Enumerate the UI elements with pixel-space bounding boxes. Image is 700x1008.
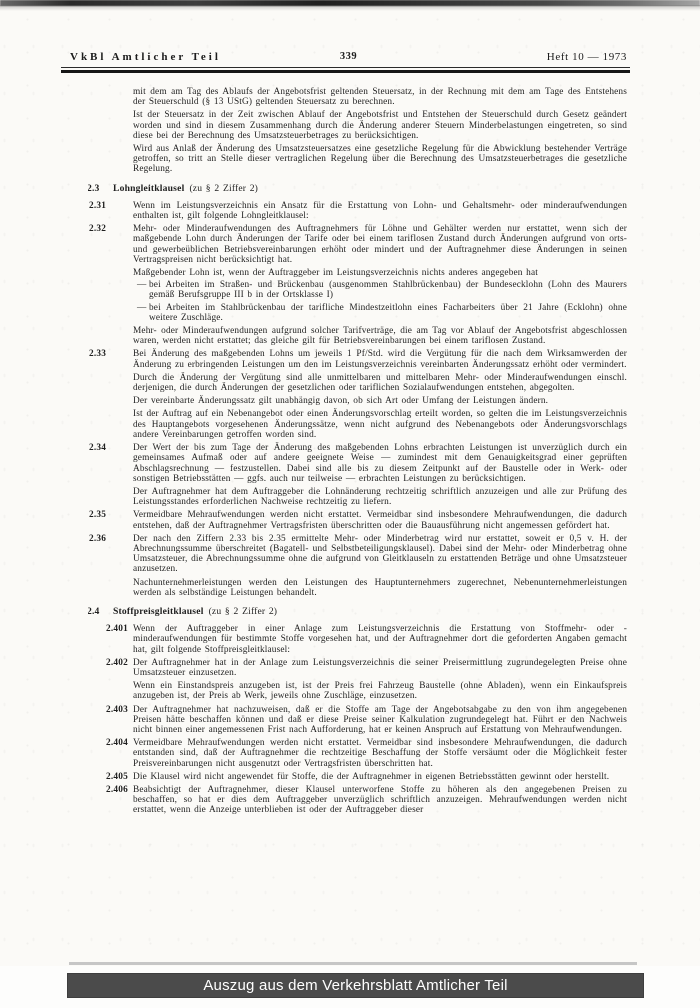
dash-item-text: bei Arbeiten im Stahlbrückenbau der tari… bbox=[149, 303, 627, 323]
dash-item-text: bei Arbeiten im Straßen- und Brückenbau … bbox=[149, 280, 627, 300]
section-reference: (zu § 2 Ziffer 2) bbox=[209, 606, 278, 617]
dash-icon: — bbox=[137, 280, 149, 290]
body-paragraph: Maßgebender Lohn ist, wenn der Auftragge… bbox=[133, 265, 627, 278]
clause-number: 2.35 bbox=[89, 510, 106, 520]
body-paragraph: Wird aus Anlaß der Änderung des Umsatzst… bbox=[133, 141, 627, 175]
body-paragraph: Durch die Änderung der Vergütung sind al… bbox=[133, 370, 627, 393]
scan-artifact-top-fade bbox=[0, 5, 700, 11]
dash-list-item: —bei Arbeiten im Straßen- und Brückenbau… bbox=[137, 278, 627, 300]
clause-item: 2.404Vermeidbare Mehraufwendungen werden… bbox=[88, 735, 627, 769]
section-number: 2.3 bbox=[88, 184, 113, 194]
clause-number: 2.403 bbox=[106, 705, 128, 715]
clause-item: 2.35Vermeidbare Mehraufwendungen werden … bbox=[88, 507, 627, 530]
body-paragraph: Wenn ein Einstandspreis anzugeben ist, i… bbox=[133, 678, 627, 701]
header-rule-thick bbox=[61, 70, 630, 73]
clause-item: 2.403Der Auftragnehmer hat nachzuweisen,… bbox=[88, 702, 627, 736]
journal-title: VkBl Amtlicher Teil bbox=[70, 51, 221, 63]
clause-number: 2.402 bbox=[106, 658, 128, 668]
scanned-page: VkBl Amtlicher Teil 339 Heft 10 — 1973 m… bbox=[0, 0, 700, 966]
clause-number: 2.34 bbox=[89, 443, 106, 453]
clause-number: 2.401 bbox=[106, 624, 128, 634]
clause-text: Bei Änderung des maßgebenden Lohns um je… bbox=[133, 349, 627, 369]
clause-text: Vermeidbare Mehraufwendungen werden nich… bbox=[133, 738, 627, 768]
section-number: 2.4 bbox=[88, 607, 113, 617]
clause-item: 2.406Beabsichtigt der Auftragnehmer, die… bbox=[88, 782, 627, 816]
clause-item: 2.405Die Klausel wird nicht angewendet f… bbox=[88, 769, 627, 782]
dash-icon: — bbox=[137, 303, 149, 313]
body-paragraph: Der Auftragnehmer hat dem Auftraggeber d… bbox=[133, 484, 627, 507]
clause-item: 2.401Wenn der Auftraggeber in einer Anla… bbox=[88, 621, 627, 655]
clause-text: Der nach den Ziffern 2.33 bis 2.35 ermit… bbox=[133, 534, 627, 575]
body-paragraph: Mehr- oder Minderaufwendungen aufgrund s… bbox=[133, 323, 627, 346]
clause-text: Der Auftragnehmer hat in der Anlage zum … bbox=[133, 658, 627, 678]
issue-label: Heft 10 — 1973 bbox=[547, 51, 627, 63]
section-title: Lohngleitklausel bbox=[113, 183, 184, 194]
page-number: 339 bbox=[340, 51, 357, 62]
clause-text: Wenn im Leistungsverzeichnis ein Ansatz … bbox=[133, 201, 627, 221]
clause-number: 2.404 bbox=[106, 738, 128, 748]
body-paragraph: Der vereinbarte Änderungssatz gilt unabh… bbox=[133, 393, 627, 406]
clause-number: 2.32 bbox=[89, 224, 106, 234]
clause-item: 2.402Der Auftragnehmer hat in der Anlage… bbox=[88, 655, 627, 678]
section-heading: 2.4Stoffpreisgleitklausel(zu § 2 Ziffer … bbox=[88, 607, 627, 617]
section-reference: (zu § 2 Ziffer 2) bbox=[189, 183, 258, 194]
body-paragraph: Ist der Steuersatz in der Zeit zwischen … bbox=[133, 107, 627, 141]
body-paragraph: Ist der Auftrag auf ein Nebenangebot ode… bbox=[133, 406, 627, 440]
clause-item: 2.31Wenn im Leistungsverzeichnis ein Ans… bbox=[88, 198, 627, 221]
clause-text: Vermeidbare Mehraufwendungen werden nich… bbox=[133, 510, 627, 530]
clause-text: Der Wert der bis zum Tage der Änderung d… bbox=[133, 443, 627, 484]
clause-item: 2.36Der nach den Ziffern 2.33 bis 2.35 e… bbox=[88, 531, 627, 575]
section-title: Stoffpreisgleitklausel bbox=[113, 606, 204, 617]
body-paragraph: mit dem am Tag des Ablaufs der Angebotsf… bbox=[133, 84, 627, 107]
screenshot-root: VkBl Amtlicher Teil 339 Heft 10 — 1973 m… bbox=[0, 0, 700, 1008]
scan-bottom-edge bbox=[69, 962, 637, 965]
clause-text: Beabsichtigt der Auftragnehmer, dieser K… bbox=[133, 785, 627, 815]
dash-list-item: —bei Arbeiten im Stahlbrückenbau der tar… bbox=[137, 301, 627, 323]
clause-number: 2.406 bbox=[106, 785, 128, 795]
clause-number: 2.36 bbox=[89, 534, 106, 544]
clause-item: 2.33Bei Änderung des maßgebenden Lohns u… bbox=[88, 346, 627, 369]
body-paragraph: Nachunternehmerleistungen werden den Lei… bbox=[133, 575, 627, 598]
clause-number: 2.405 bbox=[106, 772, 128, 782]
clause-text: Wenn der Auftraggeber in einer Anlage zu… bbox=[133, 624, 627, 654]
caption-text: Auszug aus dem Verkehrsblatt Amtlicher T… bbox=[203, 977, 507, 994]
header-rule-thin bbox=[61, 67, 630, 68]
clause-number: 2.31 bbox=[89, 201, 106, 211]
clause-text: Die Klausel wird nicht angewendet für St… bbox=[133, 772, 609, 782]
clause-text: Der Auftragnehmer hat nachzuweisen, daß … bbox=[133, 705, 627, 735]
clause-item: 2.34Der Wert der bis zum Tage der Änderu… bbox=[88, 440, 627, 484]
document-body: mit dem am Tag des Ablaufs der Angebotsf… bbox=[88, 84, 627, 944]
clause-text: Mehr- oder Minderaufwendungen des Auftra… bbox=[133, 224, 627, 265]
caption-bar: Auszug aus dem Verkehrsblatt Amtlicher T… bbox=[67, 973, 644, 998]
clause-item: 2.32Mehr- oder Minderaufwendungen des Au… bbox=[88, 221, 627, 265]
section-heading: 2.3Lohngleitklausel(zu § 2 Ziffer 2) bbox=[88, 184, 627, 194]
clause-number: 2.33 bbox=[89, 349, 106, 359]
page-header: VkBl Amtlicher Teil 339 Heft 10 — 1973 bbox=[70, 51, 627, 65]
